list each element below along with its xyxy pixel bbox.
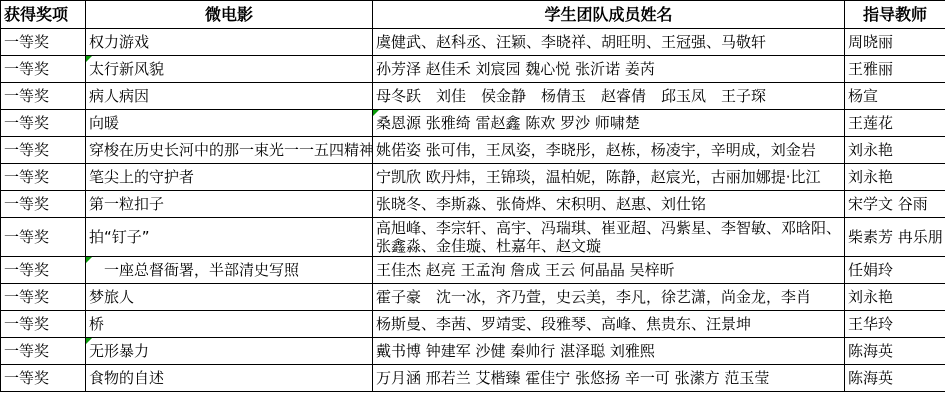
award-cell[interactable]: 一等奖 — [1, 83, 86, 110]
award-cell[interactable]: 一等奖 — [1, 110, 86, 137]
members-cell[interactable]: 杨斯曼、李茜、罗靖雯、段雅琴、高峰、焦贵东、汪景坤 — [373, 311, 845, 338]
award-cell[interactable]: 一等奖 — [1, 338, 86, 365]
members-names: 霍子豪 沈一冰，齐乃萱，史云美，李凡，徐艺潇，尚金龙，李肖 — [376, 288, 811, 306]
film-title: 食物的自述 — [89, 369, 164, 387]
film-title: 权力游戏 — [89, 33, 149, 51]
film-cell[interactable]: 权力游戏 — [86, 29, 373, 56]
teacher-cell[interactable]: 宋学文 谷雨 — [845, 191, 945, 218]
film-title: 无形暴力 — [89, 342, 149, 360]
film-cell[interactable]: 桥 — [86, 311, 373, 338]
award-text: 一等奖 — [4, 315, 49, 333]
film-title: 太行新风貌 — [89, 60, 164, 78]
awards-table: 获得奖项 微电影 学生团队成员姓名 指导教师 一等奖权力游戏虞健武、赵科丞、汪颖… — [0, 0, 945, 392]
members-names: 姚偌姿 张可伟，王凤姿，李晓彤，赵栋，杨凌宇，辛明成，刘金岩 — [376, 141, 816, 159]
film-cell[interactable]: 太行新风貌 — [86, 56, 373, 83]
teacher-name: 柴素芳 冉乐朋 — [848, 228, 943, 246]
members-names: 王佳杰 赵亮 王孟洵 詹成 王云 何晶晶 吴梓昕 — [376, 261, 675, 279]
table-row: 一等奖病人病因母冬跃 刘佳 侯金静 杨倩玉 赵睿倩 邱玉凤 王子琛杨宣 — [1, 83, 945, 110]
award-text: 一等奖 — [4, 87, 49, 105]
teacher-cell[interactable]: 杨宣 — [845, 83, 945, 110]
members-names: 孙芳泽 赵佳禾 刘宸园 魏心悦 张沂诺 姜芮 — [376, 60, 655, 78]
film-title: 梦旅人 — [89, 288, 134, 306]
award-cell[interactable]: 一等奖 — [1, 284, 86, 311]
film-cell[interactable]: 病人病因 — [86, 83, 373, 110]
award-text: 一等奖 — [4, 60, 49, 78]
award-text: 一等奖 — [4, 114, 49, 132]
table-row: 一等奖拍“钉子”高旭峰、李宗轩、高宇、冯瑞琪、崔亚超、冯紫星、李智敏、邓晗阳、张… — [1, 218, 945, 257]
teacher-cell[interactable]: 王华玲 — [845, 311, 945, 338]
members-cell[interactable]: 高旭峰、李宗轩、高宇、冯瑞琪、崔亚超、冯紫星、李智敏、邓晗阳、张鑫淼、金佳璇、杜… — [373, 218, 845, 257]
teacher-cell[interactable]: 刘永艳 — [845, 284, 945, 311]
table-row: 一等奖食物的自述万月涵 邢若兰 艾楷臻 霍佳宁 张悠扬 辛一可 张潆方 范玉莹陈… — [1, 365, 945, 392]
teacher-cell[interactable]: 王莲花 — [845, 110, 945, 137]
film-cell[interactable]: 食物的自述 — [86, 365, 373, 392]
members-cell[interactable]: 万月涵 邢若兰 艾楷臻 霍佳宁 张悠扬 辛一可 张潆方 范玉莹 — [373, 365, 845, 392]
award-text: 一等奖 — [4, 288, 49, 306]
members-cell[interactable]: 戴书博 钟建军 沙健 秦帅行 湛泽聪 刘雅熙 — [373, 338, 845, 365]
film-cell[interactable]: 拍“钉子” — [86, 218, 373, 257]
spreadsheet-region: 获得奖项 微电影 学生团队成员姓名 指导教师 一等奖权力游戏虞健武、赵科丞、汪颖… — [0, 0, 945, 400]
table-row: 一等奖向暖桑恩源 张雅绮 雷赵鑫 陈欢 罗沙 师啸楚王莲花 — [1, 110, 945, 137]
teacher-name: 刘永艳 — [848, 288, 893, 306]
members-names: 高旭峰、李宗轩、高宇、冯瑞琪、崔亚超、冯紫星、李智敏、邓晗阳、张鑫淼、金佳璇、杜… — [376, 219, 841, 255]
teacher-name: 周晓丽 — [848, 33, 893, 51]
film-title: 穿梭在历史长河中的那一束光一一五四精神 — [89, 141, 373, 159]
teacher-cell[interactable]: 柴素芳 冉乐朋 — [845, 218, 945, 257]
teacher-cell[interactable]: 陈海英 — [845, 365, 945, 392]
film-cell[interactable]: 穿梭在历史长河中的那一束光一一五四精神 — [86, 137, 373, 164]
members-cell[interactable]: 姚偌姿 张可伟，王凤姿，李晓彤，赵栋，杨凌宇，辛明成，刘金岩 — [373, 137, 845, 164]
teacher-cell[interactable]: 任娟玲 — [845, 257, 945, 284]
award-text: 一等奖 — [4, 168, 49, 186]
teacher-name: 陈海英 — [848, 369, 893, 387]
film-cell[interactable]: 梦旅人 — [86, 284, 373, 311]
film-title: 病人病因 — [89, 87, 149, 105]
members-cell[interactable]: 桑恩源 张雅绮 雷赵鑫 陈欢 罗沙 师啸楚 — [373, 110, 845, 137]
award-text: 一等奖 — [4, 33, 49, 51]
teacher-name: 刘永艳 — [848, 168, 893, 186]
teacher-name: 杨宣 — [848, 87, 878, 105]
table-row: 一等奖桥杨斯曼、李茜、罗靖雯、段雅琴、高峰、焦贵东、汪景坤王华玲 — [1, 311, 945, 338]
table-body: 一等奖权力游戏虞健武、赵科丞、汪颖、李晓祥、胡旺明、王冠强、马敬轩周晓丽一等奖太… — [1, 29, 945, 392]
award-text: 一等奖 — [4, 369, 49, 387]
award-text: 一等奖 — [4, 141, 49, 159]
award-cell[interactable]: 一等奖 — [1, 218, 86, 257]
award-cell[interactable]: 一等奖 — [1, 29, 86, 56]
award-cell[interactable]: 一等奖 — [1, 191, 86, 218]
award-cell[interactable]: 一等奖 — [1, 257, 86, 284]
members-cell[interactable]: 母冬跃 刘佳 侯金静 杨倩玉 赵睿倩 邱玉凤 王子琛 — [373, 83, 845, 110]
table-row: 一等奖第一粒扣子张晓冬、李斯淼、张倚烨、宋积明、赵惠、刘仕铭宋学文 谷雨 — [1, 191, 945, 218]
members-cell[interactable]: 张晓冬、李斯淼、张倚烨、宋积明、赵惠、刘仕铭 — [373, 191, 845, 218]
film-title: 向暖 — [89, 114, 119, 132]
teacher-name: 陈海英 — [848, 342, 893, 360]
table-row: 一等奖权力游戏虞健武、赵科丞、汪颖、李晓祥、胡旺明、王冠强、马敬轩周晓丽 — [1, 29, 945, 56]
film-cell[interactable]: 向暖 — [86, 110, 373, 137]
award-cell[interactable]: 一等奖 — [1, 311, 86, 338]
header-members[interactable]: 学生团队成员姓名 — [373, 1, 845, 29]
teacher-name: 宋学文 谷雨 — [848, 195, 928, 213]
table-row: 一等奖梦旅人霍子豪 沈一冰，齐乃萱，史云美，李凡，徐艺潇，尚金龙，李肖刘永艳 — [1, 284, 945, 311]
header-teacher[interactable]: 指导教师 — [845, 1, 945, 29]
award-text: 一等奖 — [4, 342, 49, 360]
members-cell[interactable]: 霍子豪 沈一冰，齐乃萱，史云美，李凡，徐艺潇，尚金龙，李肖 — [373, 284, 845, 311]
teacher-name: 王华玲 — [848, 315, 893, 333]
film-title: 拍“钉子” — [89, 228, 150, 246]
film-cell[interactable]: 笔尖上的守护者 — [86, 164, 373, 191]
film-title: 笔尖上的守护者 — [89, 168, 194, 186]
table-row: 一等奖笔尖上的守护者宁凯欣 欧丹炜，王锦琰，温柏妮，陈静，赵宸光，古丽加娜提·比… — [1, 164, 945, 191]
members-names: 张晓冬、李斯淼、张倚烨、宋积明、赵惠、刘仕铭 — [376, 195, 706, 213]
members-names: 戴书博 钟建军 沙健 秦帅行 湛泽聪 刘雅熙 — [376, 342, 655, 360]
teacher-name: 刘永艳 — [848, 141, 893, 159]
header-film[interactable]: 微电影 — [86, 1, 373, 29]
header-award[interactable]: 获得奖项 — [1, 1, 86, 29]
members-names: 虞健武、赵科丞、汪颖、李晓祥、胡旺明、王冠强、马敬轩 — [376, 33, 766, 51]
table-row: 一等奖穿梭在历史长河中的那一束光一一五四精神姚偌姿 张可伟，王凤姿，李晓彤，赵栋… — [1, 137, 945, 164]
members-cell[interactable]: 孙芳泽 赵佳禾 刘宸园 魏心悦 张沂诺 姜芮 — [373, 56, 845, 83]
film-cell[interactable]: 第一粒扣子 — [86, 191, 373, 218]
members-cell[interactable]: 王佳杰 赵亮 王孟洵 詹成 王云 何晶晶 吴梓昕 — [373, 257, 845, 284]
award-cell[interactable]: 一等奖 — [1, 365, 86, 392]
table-row: 一等奖 一座总督衙署，半部清史写照王佳杰 赵亮 王孟洵 詹成 王云 何晶晶 吴梓… — [1, 257, 945, 284]
members-cell[interactable]: 虞健武、赵科丞、汪颖、李晓祥、胡旺明、王冠强、马敬轩 — [373, 29, 845, 56]
film-title: 桥 — [89, 315, 104, 333]
award-cell[interactable]: 一等奖 — [1, 56, 86, 83]
members-cell[interactable]: 宁凯欣 欧丹炜，王锦琰，温柏妮，陈静，赵宸光，古丽加娜提·比江 — [373, 164, 845, 191]
teacher-name: 王雅丽 — [848, 60, 893, 78]
teacher-cell[interactable]: 陈海英 — [845, 338, 945, 365]
award-cell[interactable]: 一等奖 — [1, 164, 86, 191]
award-cell[interactable]: 一等奖 — [1, 137, 86, 164]
film-title: 第一粒扣子 — [89, 195, 164, 213]
award-text: 一等奖 — [4, 228, 49, 246]
members-names: 桑恩源 张雅绮 雷赵鑫 陈欢 罗沙 师啸楚 — [376, 114, 640, 132]
table-row: 一等奖太行新风貌孙芳泽 赵佳禾 刘宸园 魏心悦 张沂诺 姜芮王雅丽 — [1, 56, 945, 83]
table-header-row: 获得奖项 微电影 学生团队成员姓名 指导教师 — [1, 1, 945, 29]
film-cell[interactable]: 一座总督衙署，半部清史写照 — [86, 257, 373, 284]
teacher-name: 任娟玲 — [848, 261, 893, 279]
teacher-cell[interactable]: 刘永艳 — [845, 137, 945, 164]
teacher-cell[interactable]: 周晓丽 — [845, 29, 945, 56]
members-names: 万月涵 邢若兰 艾楷臻 霍佳宁 张悠扬 辛一可 张潆方 范玉莹 — [376, 369, 769, 387]
members-names: 母冬跃 刘佳 侯金静 杨倩玉 赵睿倩 邱玉凤 王子琛 — [376, 87, 766, 105]
members-names: 宁凯欣 欧丹炜，王锦琰，温柏妮，陈静，赵宸光，古丽加娜提·比江 — [376, 168, 821, 186]
film-title: 一座总督衙署，半部清史写照 — [89, 261, 299, 279]
award-text: 一等奖 — [4, 261, 49, 279]
teacher-cell[interactable]: 刘永艳 — [845, 164, 945, 191]
award-text: 一等奖 — [4, 195, 49, 213]
film-cell[interactable]: 无形暴力 — [86, 338, 373, 365]
teacher-cell[interactable]: 王雅丽 — [845, 56, 945, 83]
members-names: 杨斯曼、李茜、罗靖雯、段雅琴、高峰、焦贵东、汪景坤 — [376, 315, 751, 333]
table-row: 一等奖无形暴力戴书博 钟建军 沙健 秦帅行 湛泽聪 刘雅熙陈海英 — [1, 338, 945, 365]
teacher-name: 王莲花 — [848, 114, 893, 132]
